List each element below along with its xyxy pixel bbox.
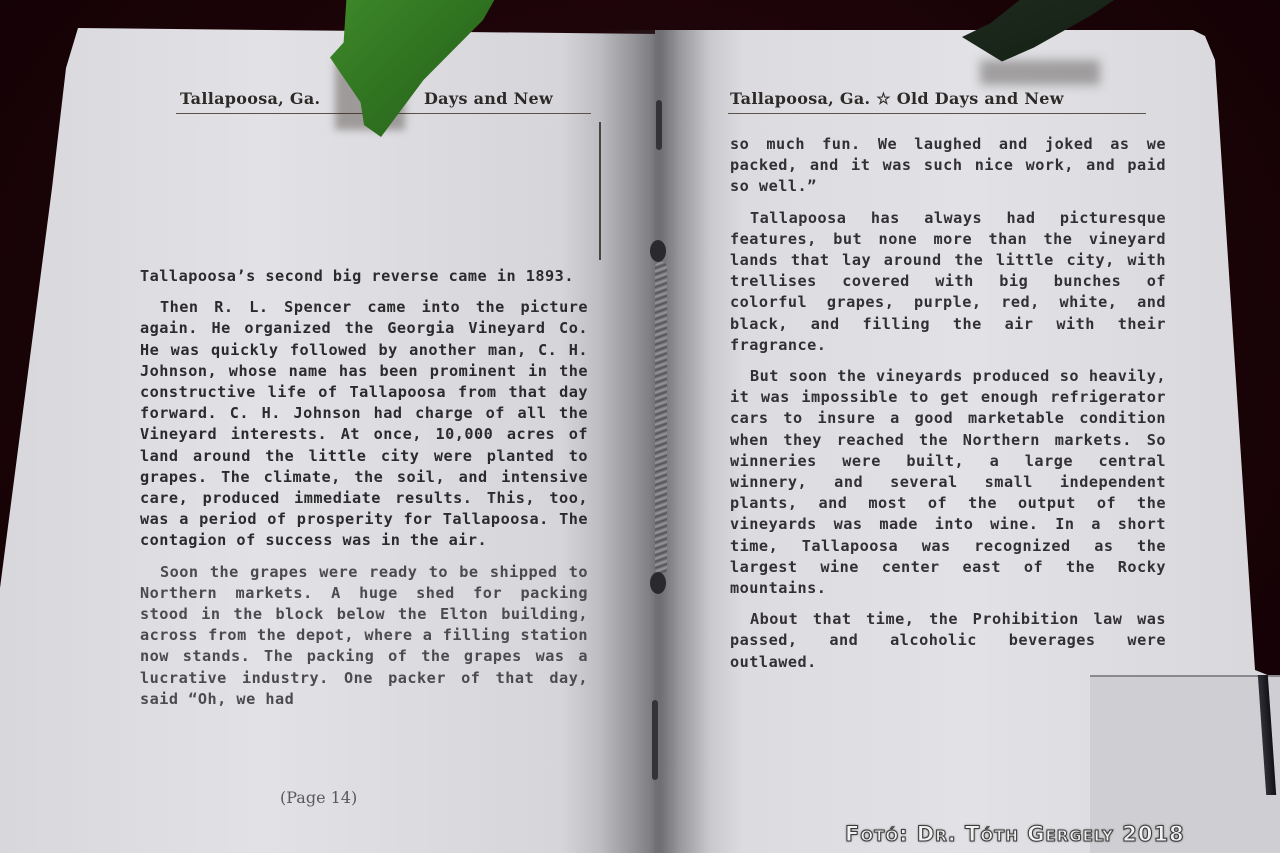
binding-hole bbox=[650, 240, 666, 262]
paragraph: But soon the vineyards produced so heavi… bbox=[730, 366, 1166, 599]
photo-watermark: Fotó: Dr. Tóth Gergely 2018 bbox=[845, 822, 1185, 846]
paragraph: Soon the grapes were ready to be shipped… bbox=[140, 562, 588, 710]
binding-hole bbox=[650, 572, 666, 594]
right-text-column: so much fun. We laughed and joked as we … bbox=[730, 134, 1166, 683]
left-running-head-start: Tallapoosa, Ga. bbox=[180, 89, 320, 108]
paragraph: so much fun. We laughed and joked as we … bbox=[730, 134, 1166, 198]
right-running-head: Tallapoosa, Ga. ☆ Old Days and New bbox=[730, 89, 1064, 108]
binding-slot bbox=[656, 100, 662, 150]
paragraph: Then R. L. Spencer came into the picture… bbox=[140, 297, 588, 551]
left-margin-rule bbox=[599, 122, 601, 260]
left-text-column: Tallapoosa’s second big reverse came in … bbox=[140, 266, 588, 720]
left-running-head-end: Days and New bbox=[424, 89, 553, 108]
paragraph: Tallapoosa’s second big reverse came in … bbox=[140, 266, 588, 287]
photo-scene: Tallapoosa, Ga. Days and New Tallapoosa,… bbox=[0, 0, 1280, 853]
right-header-rule bbox=[728, 113, 1146, 114]
binding-slot bbox=[652, 700, 658, 780]
leaf-shadow bbox=[980, 60, 1100, 85]
binding-cord bbox=[655, 262, 667, 574]
page-number: (Page 14) bbox=[280, 788, 357, 807]
paragraph: About that time, the Prohibition law was… bbox=[730, 609, 1166, 673]
paragraph: Tallapoosa has always had picturesque fe… bbox=[730, 208, 1166, 356]
